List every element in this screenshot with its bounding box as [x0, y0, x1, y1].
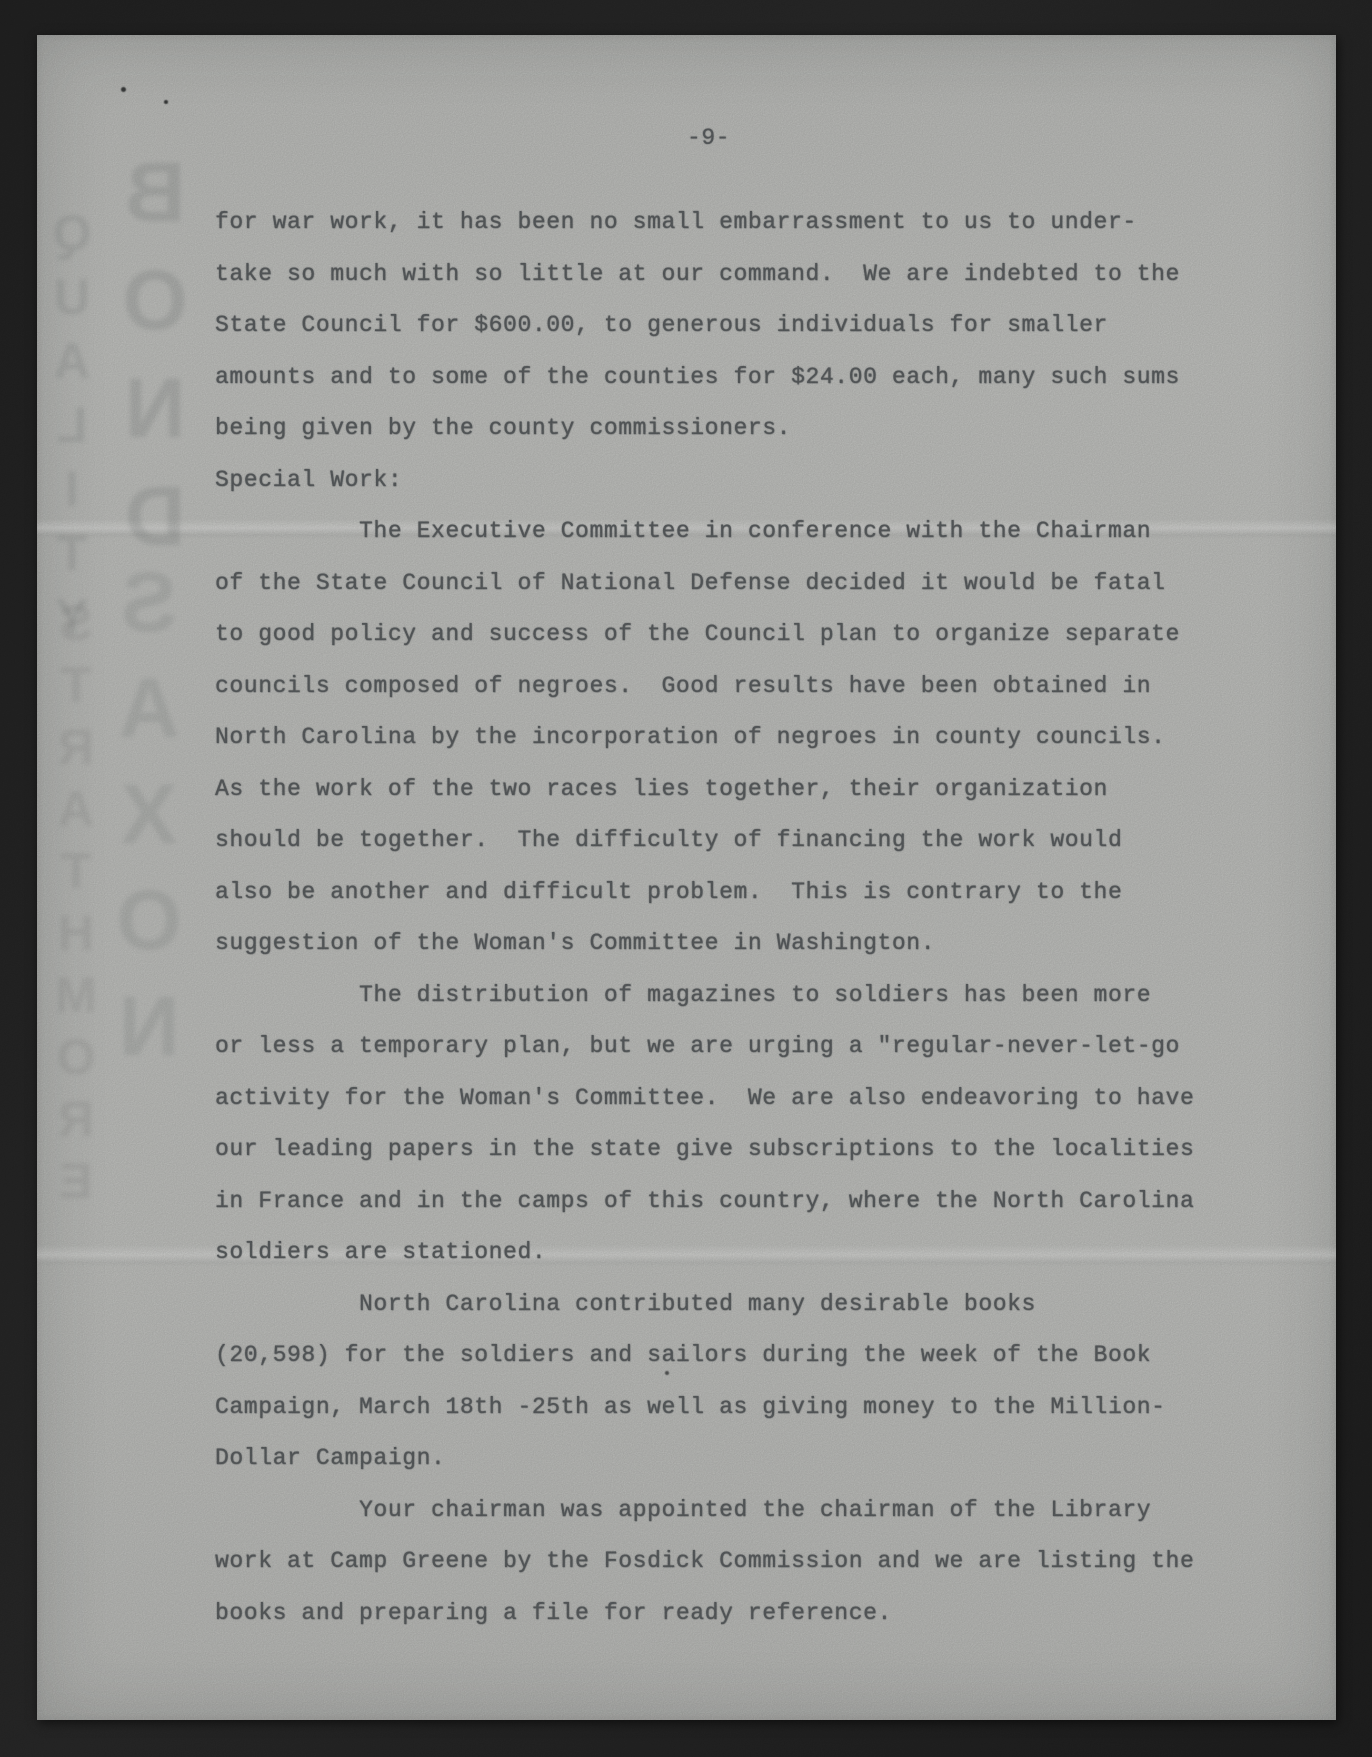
- text-line: As the work of the two races lies togeth…: [215, 764, 1205, 816]
- ink-speck: [121, 87, 126, 92]
- text-line: Your chairman was appointed the chairman…: [215, 1485, 1205, 1537]
- text-line: our leading papers in the state give sub…: [215, 1124, 1205, 1176]
- scan-background: BOND SAXON QUALITY STRATHMORE -9- for wa…: [0, 0, 1372, 1757]
- text-line: or less a temporary plan, but we are urg…: [215, 1021, 1205, 1073]
- typewritten-text: for war work, it has been no small embar…: [215, 197, 1205, 1639]
- text-line: take so much with so little at our comma…: [215, 249, 1205, 301]
- text-line: books and preparing a file for ready ref…: [215, 1588, 1205, 1640]
- watermark-saxon: SAXON: [101, 555, 198, 1085]
- watermark-quality: QUALITY: [43, 205, 101, 653]
- text-line: also be another and difficult problem. T…: [215, 867, 1205, 919]
- text-line: councils composed of negroes. Good resul…: [215, 661, 1205, 713]
- text-line: Campaign, March 18th -25th as well as gi…: [215, 1382, 1205, 1434]
- text-line: (20,598) for the soldiers and sailors du…: [215, 1330, 1205, 1382]
- text-line: North Carolina contributed many desirabl…: [215, 1279, 1205, 1331]
- text-line: The Executive Committee in conference wi…: [215, 506, 1205, 558]
- text-line: being given by the county commissioners.: [215, 403, 1205, 455]
- text-line: work at Camp Greene by the Fosdick Commi…: [215, 1536, 1205, 1588]
- watermark-bond: BOND: [107, 145, 204, 577]
- section-heading: Special Work:: [215, 455, 1205, 507]
- text-line: The distribution of magazines to soldier…: [215, 970, 1205, 1022]
- ink-speck: [164, 100, 168, 104]
- text-line: for war work, it has been no small embar…: [215, 197, 1205, 249]
- document-page: BOND SAXON QUALITY STRATHMORE -9- for wa…: [37, 35, 1336, 1720]
- text-line: soldiers are stationed.: [215, 1227, 1205, 1279]
- text-line: in France and in the camps of this count…: [215, 1176, 1205, 1228]
- text-line: of the State Council of National Defense…: [215, 558, 1205, 610]
- page-number: -9-: [687, 125, 730, 151]
- text-line: activity for the Woman's Committee. We a…: [215, 1073, 1205, 1125]
- text-line: suggestion of the Woman's Committee in W…: [215, 918, 1205, 970]
- text-line: to good policy and success of the Counci…: [215, 609, 1205, 661]
- text-line: should be together. The difficulty of fi…: [215, 815, 1205, 867]
- text-line: North Carolina by the incorporation of n…: [215, 712, 1205, 764]
- text-line: Dollar Campaign.: [215, 1433, 1205, 1485]
- text-line: amounts and to some of the counties for …: [215, 352, 1205, 404]
- text-line: State Council for $600.00, to generous i…: [215, 300, 1205, 352]
- watermark-strathmore: STRATHMORE: [47, 595, 105, 1215]
